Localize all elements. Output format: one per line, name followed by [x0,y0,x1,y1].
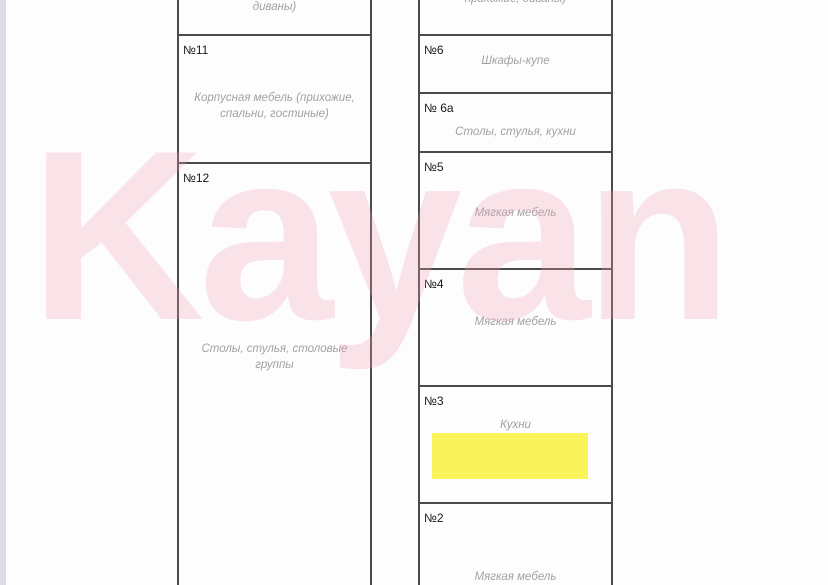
cell-number: №12 [183,171,209,185]
cell-6a[interactable]: № 6а Столы, стулья, кухни [420,92,611,152]
cell-3[interactable]: №3 Кухни [420,385,611,503]
cell-description: прихожие, диваны) [428,0,603,8]
cell-description: Разное (кухни, прихожие, диваны) [187,0,362,15]
cell-description: Мягкая мебель [428,206,603,222]
cell-number: №3 [424,394,444,408]
cell-number: №4 [424,277,444,291]
cell-partial-right: прихожие, диваны) [420,0,611,35]
cell-11[interactable]: №11 Корпусная мебель (прихожие, спальни,… [179,34,370,163]
cell-description: Кухни [428,418,603,434]
left-column: Разное (кухни, прихожие, диваны) №11 Кор… [177,0,372,585]
watermark: Kayan [30,115,726,357]
cell-number: №11 [183,43,208,57]
cell-5[interactable]: №5 Мягкая мебель [420,151,611,269]
yellow-highlight [432,433,588,479]
cell-description: Мягкая мебель [428,315,603,331]
cell-description: Корпусная мебель (прихожие, спальни, гос… [187,91,362,122]
cell-4[interactable]: №4 Мягкая мебель [420,268,611,386]
cell-number: №2 [424,511,444,525]
cell-6[interactable]: №6 Шкафы-купе [420,34,611,93]
cell-number: №5 [424,160,444,174]
page-edge [0,0,6,585]
cell-description: Шкафы-купе [428,54,603,70]
cell-2[interactable]: №2 Мягкая мебель [420,502,611,585]
cell-number: № 6а [424,101,454,115]
cell-description: Столы, стулья, кухни [428,125,603,141]
cell-12[interactable]: №12 Столы, стулья, столовые группы [179,162,370,585]
cell-partial-left: Разное (кухни, прихожие, диваны) [179,0,370,35]
cell-description: Мягкая мебель [428,570,603,585]
cell-description: Столы, стулья, столовые группы [187,342,362,373]
right-column: прихожие, диваны) №6 Шкафы-купе № 6а Сто… [418,0,613,585]
